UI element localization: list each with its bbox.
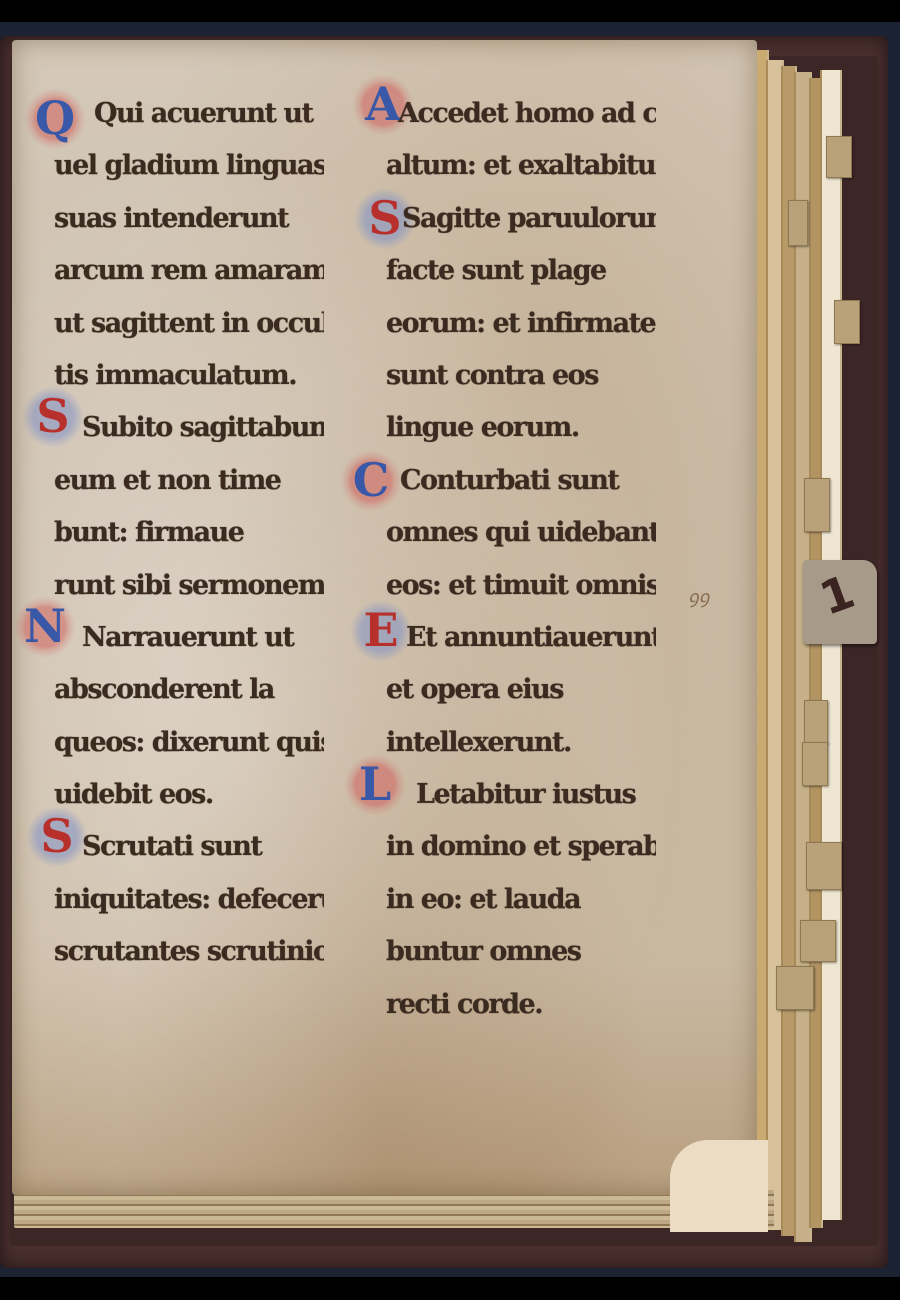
fore-edge-tab xyxy=(776,966,814,1010)
text-line: intellexerunt. xyxy=(386,717,656,769)
text-line: arcum rem amaram: xyxy=(54,245,324,297)
text-line: Scrutati sunt xyxy=(54,821,324,873)
text-line: Letabitur iustus xyxy=(386,769,656,821)
fore-edge-tab xyxy=(804,700,828,744)
text-column-right: Accedet homo ad cor altum: et exaltabitu… xyxy=(386,88,656,1031)
text-line: Conturbati sunt xyxy=(386,455,656,507)
fore-edge-tab xyxy=(834,300,860,344)
text-column-left: Qui acuerunt ut uel gladium linguas suas… xyxy=(54,88,324,979)
tab-number: 1 xyxy=(813,564,862,626)
marginal-note: ꝯꝯ xyxy=(688,585,709,609)
text-line: Qui acuerunt ut xyxy=(54,88,324,140)
text-line: Accedet homo ad cor xyxy=(386,88,656,140)
text-line: scrutantes scrutinio. xyxy=(54,926,324,978)
text-line: facte sunt plage xyxy=(386,245,656,297)
text-line: Subito sagittabunt xyxy=(54,402,324,454)
text-line: sunt contra eos xyxy=(386,350,656,402)
numbered-tab: 1 xyxy=(803,560,877,644)
text-line: lingue eorum. xyxy=(386,402,656,454)
text-line: runt sibi sermonem nequam. xyxy=(54,560,324,612)
text-line: recti corde. xyxy=(386,979,656,1031)
page-edges-bottom xyxy=(14,1190,774,1228)
text-line: iniquitates: defecerunt xyxy=(54,874,324,926)
text-line: altum: et exaltabitur xyxy=(386,140,656,192)
text-line: buntur omnes xyxy=(386,926,656,978)
text-line: Narrauerunt ut xyxy=(54,612,324,664)
fore-edge-tab xyxy=(804,478,830,532)
text-line: Sagitte paruulorum xyxy=(386,193,656,245)
text-line: in eo: et lauda xyxy=(386,874,656,926)
fore-edge-tab xyxy=(806,842,842,890)
text-line: absconderent la xyxy=(54,664,324,716)
text-line: eum et non time xyxy=(54,455,324,507)
text-line: eos: et timuit omnis xyxy=(386,560,656,612)
text-line: suas intenderunt xyxy=(54,193,324,245)
torn-corner xyxy=(670,1140,768,1232)
fore-edge-tab xyxy=(802,742,828,786)
text-line: Et annuntiauerunt opera dei: xyxy=(386,612,656,664)
fore-edge-tab xyxy=(788,200,808,246)
text-line: eorum: et infirmate xyxy=(386,298,656,350)
text-line: bunt: firmaue xyxy=(54,507,324,559)
text-line: uel gladium linguas xyxy=(54,140,324,192)
text-line: uidebit eos. xyxy=(54,769,324,821)
text-line: et opera eius xyxy=(386,664,656,716)
leaf-edge xyxy=(820,70,842,1220)
text-line: omnes qui uidebant xyxy=(386,507,656,559)
fore-edge-tab xyxy=(800,920,836,962)
text-line: queos: dixerunt quis xyxy=(54,717,324,769)
fore-edge-tab xyxy=(826,136,852,178)
text-line: tis immaculatum. xyxy=(54,350,324,402)
text-line: in domino et sperabit xyxy=(386,821,656,873)
text-line: ut sagittent in occul xyxy=(54,298,324,350)
